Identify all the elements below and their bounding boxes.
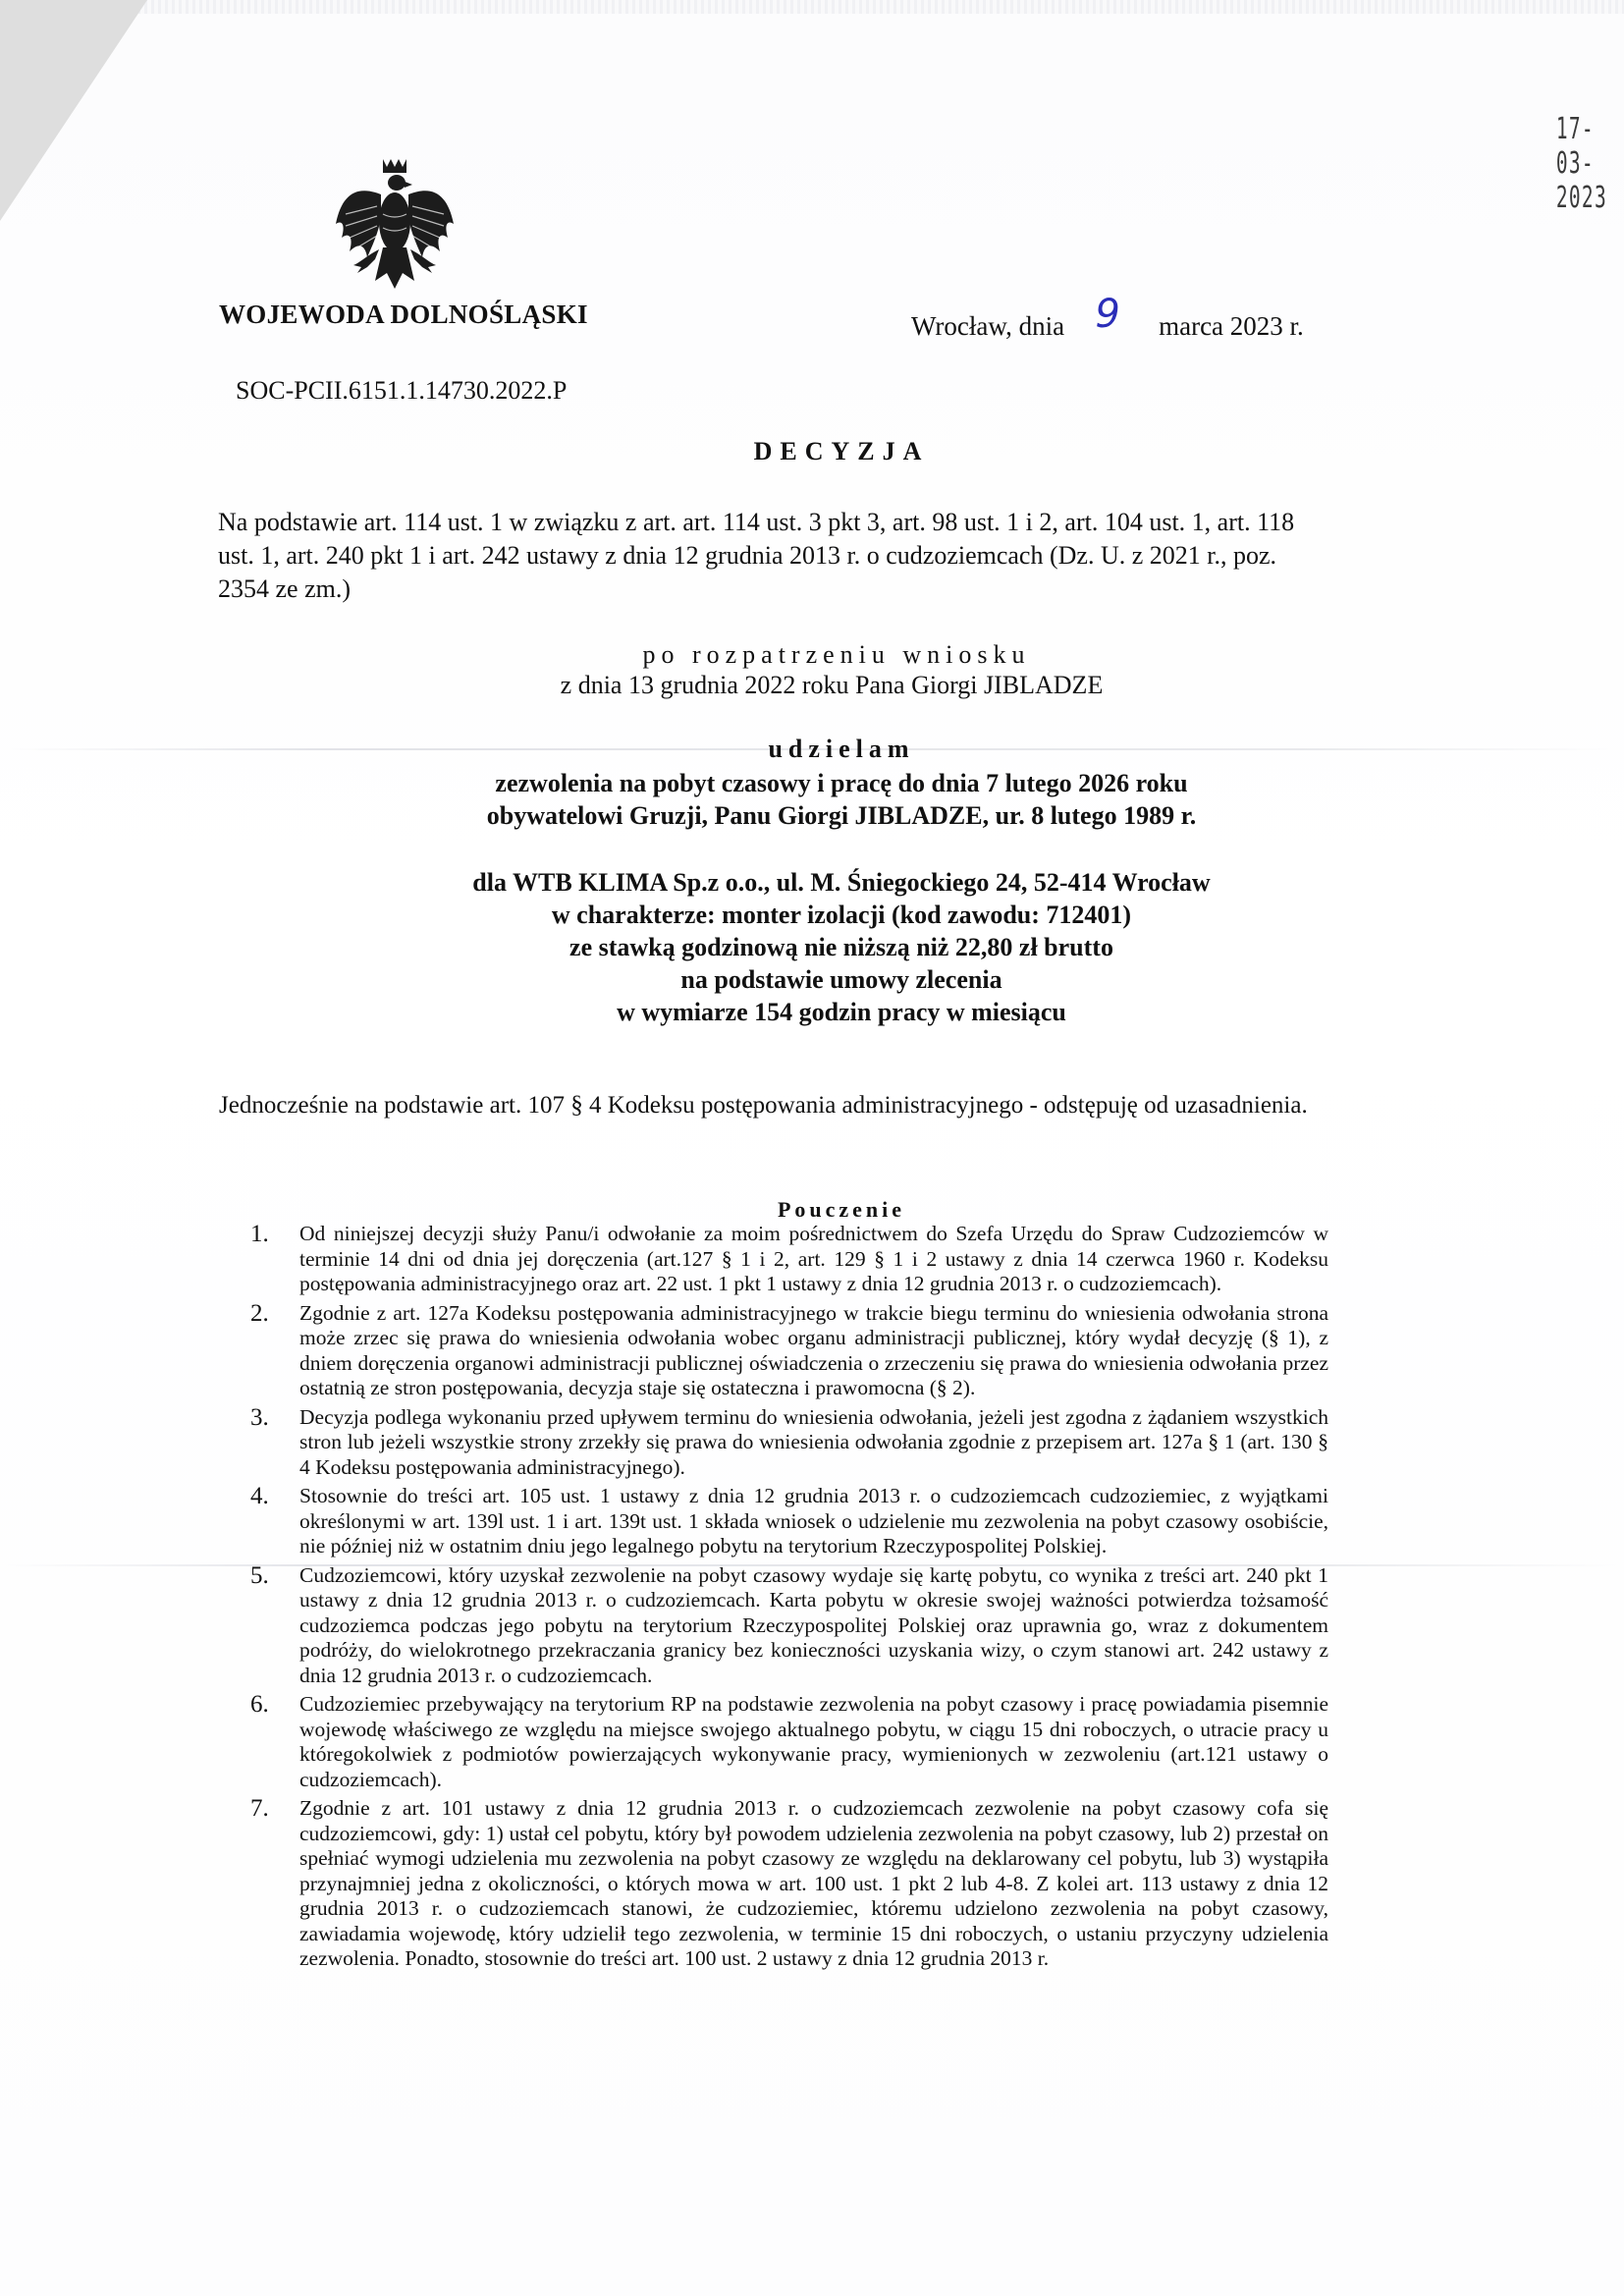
instruction-item: 2.Zgodnie z art. 127a Kodeksu postępowan… (250, 1301, 1328, 1401)
after-review-heading: po rozpatrzeniu wniosku (0, 640, 1624, 670)
item-number: 2. (250, 1301, 269, 1327)
item-text: Od niniejszej decyzji służy Panu/i odwoł… (299, 1222, 1328, 1295)
employment-details: dla WTB KLIMA Sp.z o.o., ul. M. Śniegock… (0, 866, 1624, 1028)
handwritten-day: 9 (1078, 292, 1137, 337)
permit-line: zezwolenia na pobyt czasowy i pracę do d… (59, 767, 1624, 799)
received-date-stamp: 17-03-2023 (1529, 112, 1607, 215)
instruction-heading: Pouczenie (0, 1197, 1624, 1223)
scan-edge-noise (0, 0, 1624, 14)
place-and-date: Wrocław, dnia9marca 2023 r. (911, 300, 1304, 345)
instruction-item: 1.Od niniejszej decyzji służy Panu/i odw… (250, 1222, 1328, 1297)
instruction-item: 6.Cudzoziemiec przebywający na terytoriu… (250, 1692, 1328, 1792)
permit-line: obywatelowi Gruzji, Panu Giorgi JIBLADZE… (59, 799, 1624, 832)
item-number: 4. (250, 1484, 269, 1509)
folded-corner (0, 0, 147, 221)
instruction-list: 1.Od niniejszej decyzji służy Panu/i odw… (250, 1222, 1328, 1976)
item-number: 5. (250, 1563, 269, 1589)
item-text: Cudzoziemiec przebywający na terytorium … (299, 1692, 1328, 1791)
item-text: Decyzja podlega wykonaniu przed upływem … (299, 1405, 1328, 1479)
item-text: Zgodnie z art. 127a Kodeksu postępowania… (299, 1301, 1328, 1400)
place-date-suffix: marca 2023 r. (1159, 311, 1304, 341)
issuing-authority: WOJEWODA DOLNOŚLĄSKI (219, 300, 588, 330)
permit-details: zezwolenia na pobyt czasowy i pracę do d… (0, 767, 1624, 832)
item-text: Zgodnie z art. 101 ustawy z dnia 12 grud… (299, 1796, 1328, 1970)
document-page: 17-03-2023 (0, 0, 1624, 2296)
document-title: DECYZJA (0, 437, 1624, 466)
polish-eagle-emblem-icon (332, 155, 458, 293)
position-line: w charakterze: monter izolacji (kod zawo… (59, 899, 1624, 931)
item-text: Stosownie do treści art. 105 ust. 1 usta… (299, 1484, 1328, 1558)
employer-line: dla WTB KLIMA Sp.z o.o., ul. M. Śniegock… (59, 866, 1624, 899)
instruction-item: 3.Decyzja podlega wykonaniu przed upływe… (250, 1405, 1328, 1481)
legal-basis-paragraph: Na podstawie art. 114 ust. 1 w związku z… (218, 506, 1327, 606)
wage-line: ze stawką godzinową nie niższą niż 22,80… (59, 931, 1624, 963)
hours-line: w wymiarze 154 godzin pracy w miesiącu (59, 996, 1624, 1028)
instruction-item: 4.Stosownie do treści art. 105 ust. 1 us… (250, 1484, 1328, 1559)
item-text: Cudzoziemcowi, który uzyskał zezwolenie … (299, 1563, 1328, 1687)
instruction-item: 7.Zgodnie z art. 101 ustawy z dnia 12 gr… (250, 1796, 1328, 1972)
case-number: SOC-PCII.6151.1.14730.2022.P (236, 376, 567, 406)
item-number: 7. (250, 1796, 269, 1822)
item-number: 1. (250, 1222, 269, 1247)
application-info: z dnia 13 grudnia 2022 roku Pana Giorgi … (0, 671, 1624, 700)
grant-verb: udzielam (0, 735, 1624, 764)
instruction-item: 5.Cudzoziemcowi, który uzyskał zezwoleni… (250, 1563, 1328, 1689)
contract-line: na podstawie umowy zlecenia (59, 963, 1624, 996)
item-number: 3. (250, 1405, 269, 1431)
justification-waiver: Jednocześnie na podstawie art. 107 § 4 K… (219, 1092, 1308, 1120)
item-number: 6. (250, 1692, 269, 1718)
place-date-prefix: Wrocław, dnia (911, 311, 1064, 341)
